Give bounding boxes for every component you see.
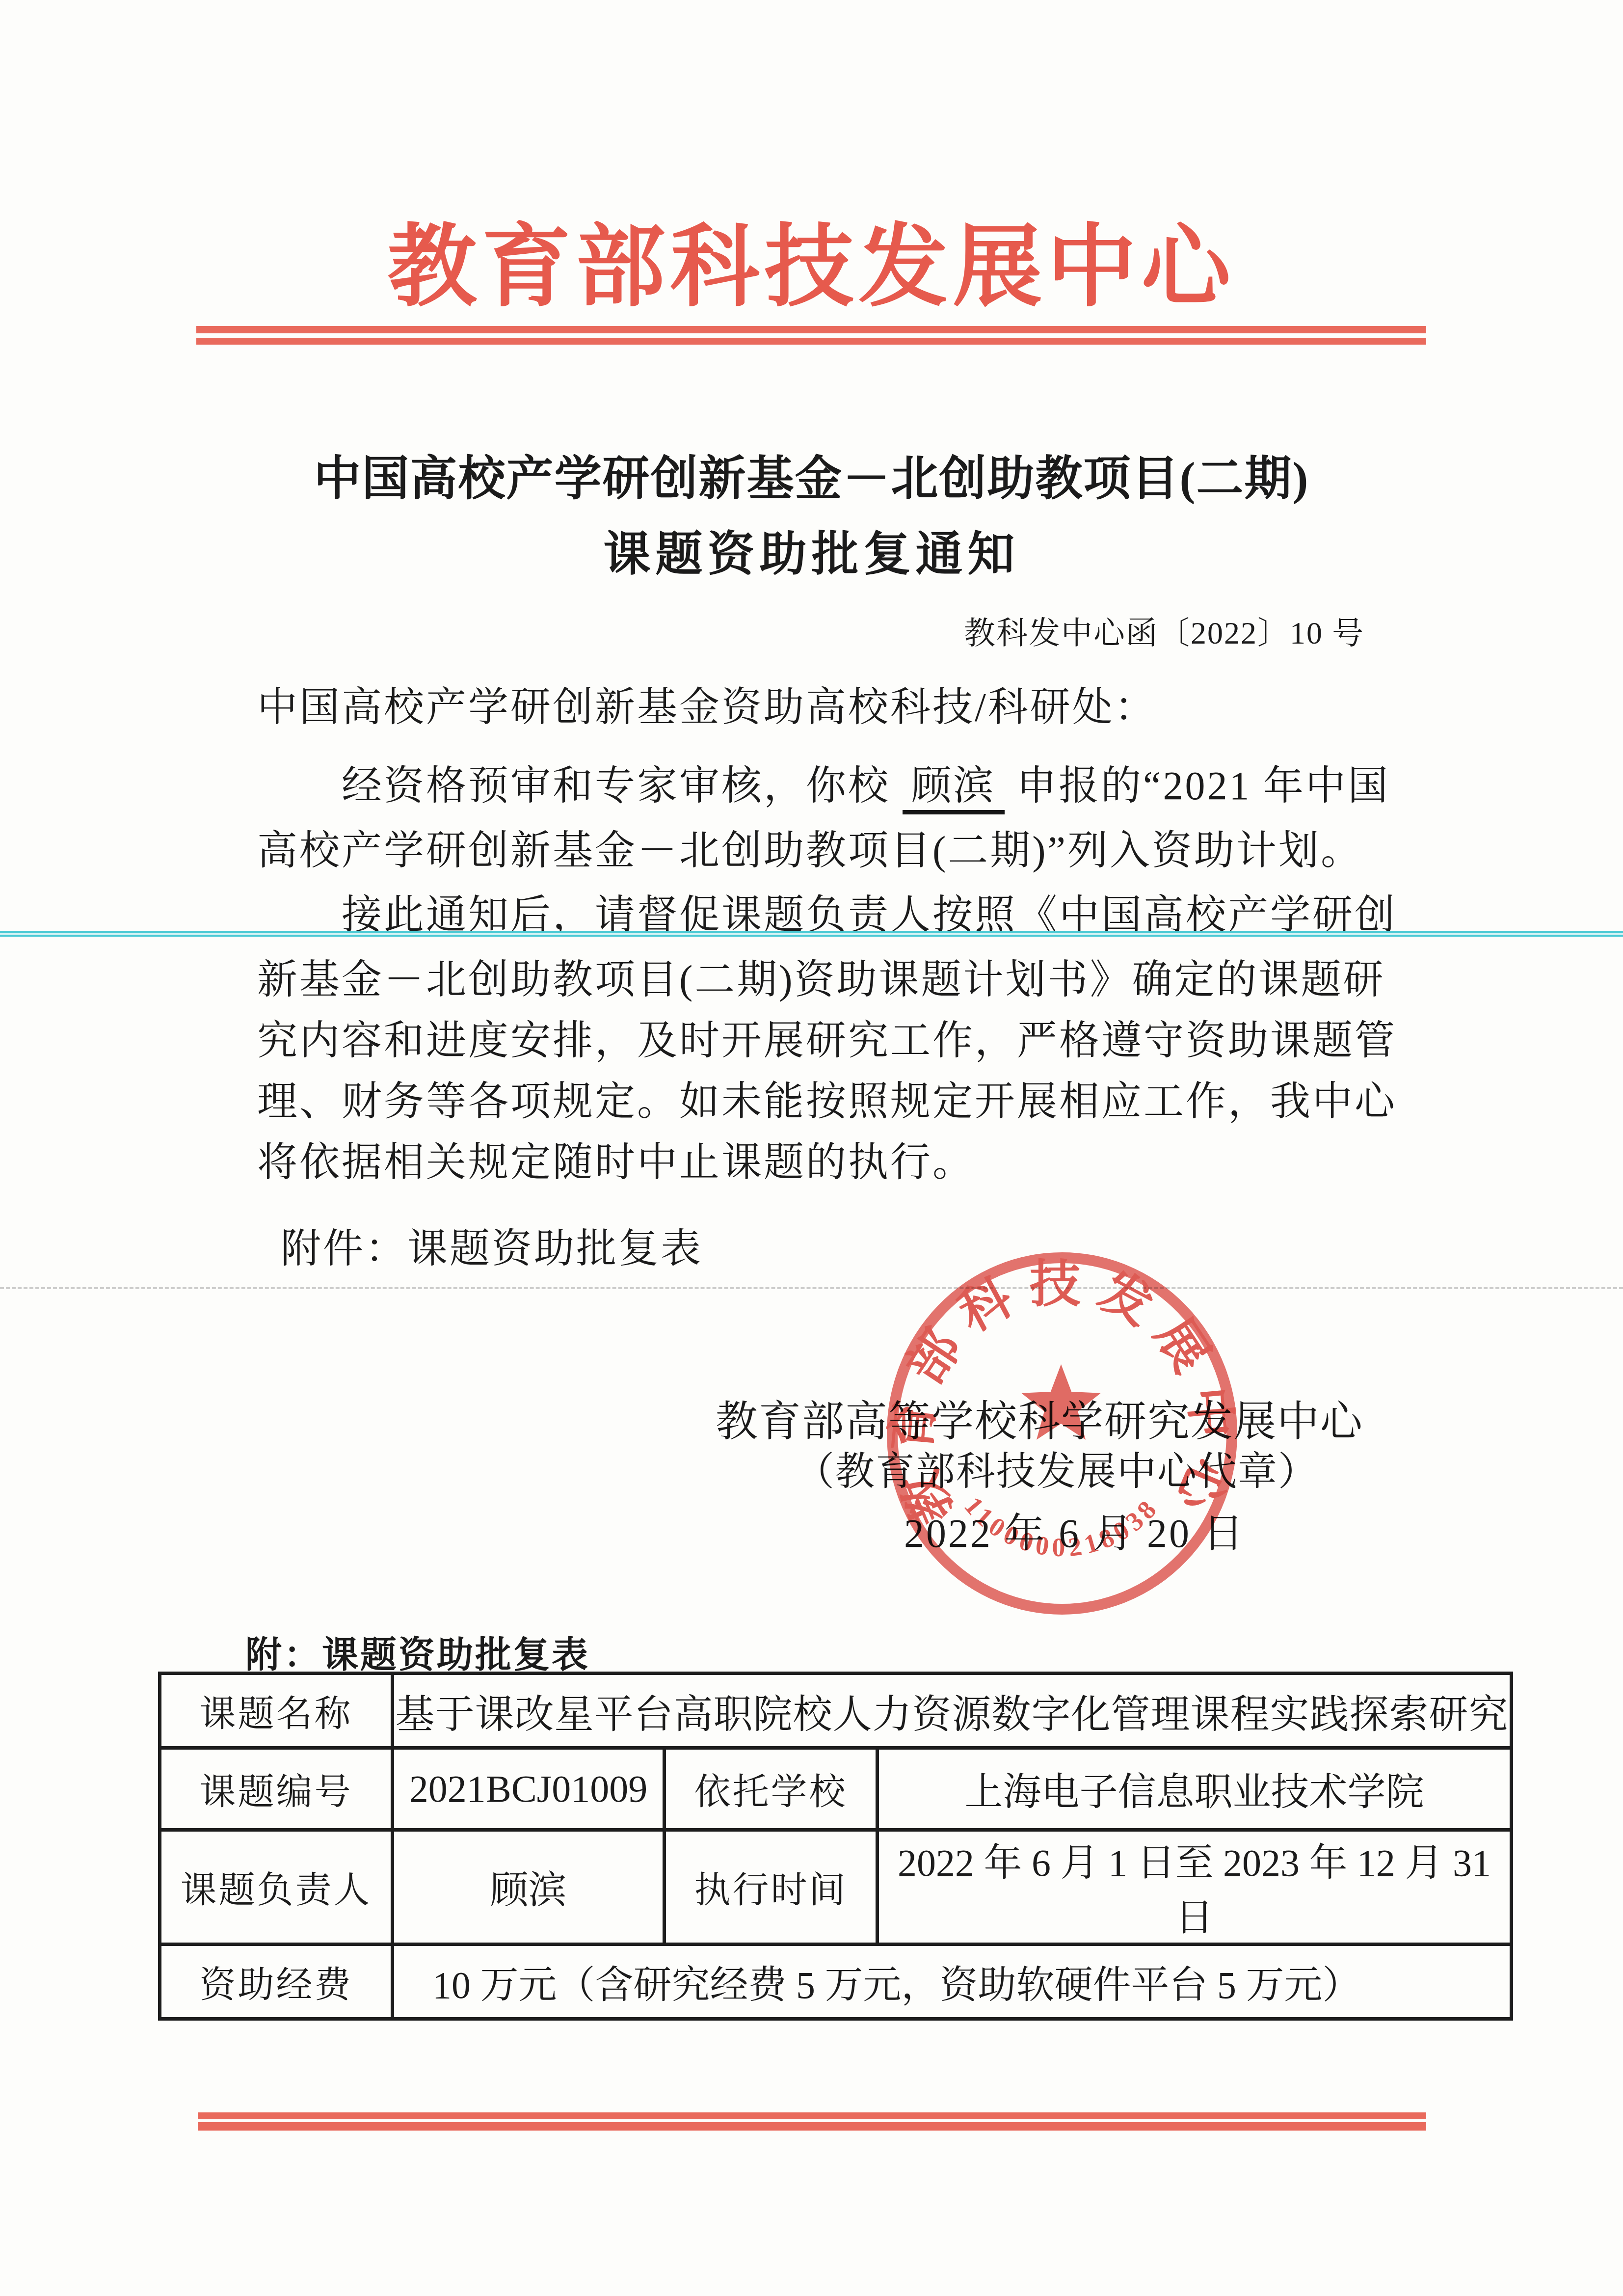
approval-table: 课题名称 基于课改星平台高职院校人力资源数字化管理课程实践探索研究 课题编号 2… [158, 1672, 1513, 2021]
scan-cyan-line [0, 931, 1623, 937]
seal-number: 1100000218038 [958, 1491, 1165, 1563]
table-row-funding: 资助经费 10 万元（含研究经费 5 万元，资助软硬件平台 5 万元） [160, 1945, 1512, 2019]
cell-funding-value: 10 万元（含研究经费 5 万元，资助软硬件平台 5 万元） [393, 1945, 1512, 2019]
document-page: 教育部科技发展中心 中国高校产学研创新基金－北创助教项目(二期) 课题资助批复通… [0, 0, 1623, 2296]
cell-execution-time-label: 执行时间 [665, 1830, 878, 1945]
seal-star-icon [1021, 1364, 1101, 1440]
cell-host-school-value: 上海电子信息职业技术学院 [878, 1748, 1512, 1830]
reference-number: 教科发中心函〔2022〕10 号 [964, 608, 1364, 653]
cell-funding-label: 资助经费 [160, 1945, 393, 2019]
document-title-line2: 课题资助批复通知 [0, 516, 1623, 584]
document-title-line1: 中国高校产学研创新基金－北创助教项目(二期) [0, 441, 1623, 508]
letterhead-title: 教育部科技发展中心 [0, 195, 1623, 324]
applicant-name-underlined: 顾滨 [903, 763, 1005, 814]
cell-project-number-value: 2021BCJ01009 [393, 1748, 665, 1830]
cell-host-school-label: 依托学校 [665, 1748, 878, 1830]
letterhead-double-rule [196, 326, 1426, 345]
table-row-project-leader: 课题负责人 顾滨 执行时间 2022 年 6 月 1 日至 2023 年 12 … [160, 1830, 1512, 1945]
attachment-note: 附件：课题资助批复表 [281, 1216, 703, 1274]
table-row-project-name: 课题名称 基于课改星平台高职院校人力资源数字化管理课程实践探索研究 [160, 1674, 1512, 1748]
paragraph1-line2: 高校产学研创新基金－北创助教项目(二期)”列入资助计划。 [257, 818, 1363, 876]
scan-dotted-line [0, 1287, 1623, 1289]
footer-double-rule [198, 2112, 1426, 2131]
table-row-project-number: 课题编号 2021BCJ01009 依托学校 上海电子信息职业技术学院 [160, 1748, 1512, 1830]
paragraph2-line2: 新基金－北创助教项目(二期)资助课题计划书》确定的课题研 [257, 947, 1385, 1005]
cell-execution-time-value: 2022 年 6 月 1 日至 2023 年 12 月 31 日 [878, 1830, 1512, 1945]
cell-project-leader-label: 课题负责人 [160, 1830, 393, 1945]
paragraph1-line1: 经资格预审和专家审核，你校 顾滨 申报的“2021 年中国 [342, 754, 1390, 811]
para1-after-name: 申报的“2021 年中国 [1005, 763, 1390, 808]
official-seal: 教育部科技发展中心 1100000218038 [878, 1240, 1251, 1632]
paragraph2-line4: 理、财务等各项规定。如未能按照规定开展相应工作，我中心 [257, 1069, 1397, 1127]
cell-project-name-label: 课题名称 [160, 1674, 393, 1748]
cell-project-leader-value: 顾滨 [393, 1830, 665, 1945]
salutation: 中国高校产学研创新基金资助高校科技/科研处： [257, 675, 1157, 732]
paragraph2-line5: 将依据相关规定随时中止课题的执行。 [257, 1130, 975, 1188]
para1-before-name: 经资格预审和专家审核，你校 [342, 763, 903, 808]
cell-project-number-label: 课题编号 [160, 1748, 393, 1830]
table-heading: 附：课题资助批复表 [245, 1626, 590, 1678]
cell-project-name-value: 基于课改星平台高职院校人力资源数字化管理课程实践探索研究 [393, 1674, 1512, 1748]
paragraph2-line3: 究内容和进度安排，及时开展研究工作，严格遵守资助课题管 [257, 1008, 1397, 1066]
